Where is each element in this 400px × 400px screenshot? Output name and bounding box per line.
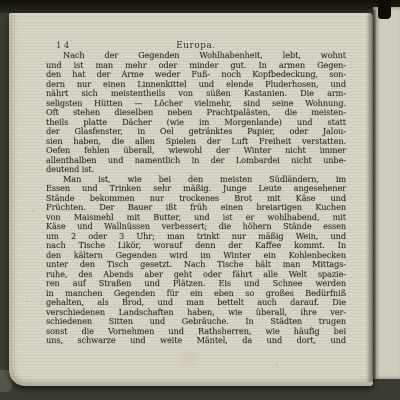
- book-page: 14 Europa. Nach der Gegenden Wohlhabenhe…: [9, 13, 373, 386]
- text-block: Nach der Gegenden Wohlhabenheit, lebt, w…: [46, 51, 346, 346]
- facing-page-edge: [373, 7, 400, 379]
- text-line: uns, schwarze und weite Mäntel, da und d…: [46, 336, 346, 346]
- spine-gap-shadow: [378, 0, 391, 19]
- book-scan: 14 Europa. Nach der Gegenden Wohlhabenhe…: [0, 0, 400, 400]
- page-crease-shadow: [366, 10, 376, 382]
- scanner-background-top: [0, 0, 400, 13]
